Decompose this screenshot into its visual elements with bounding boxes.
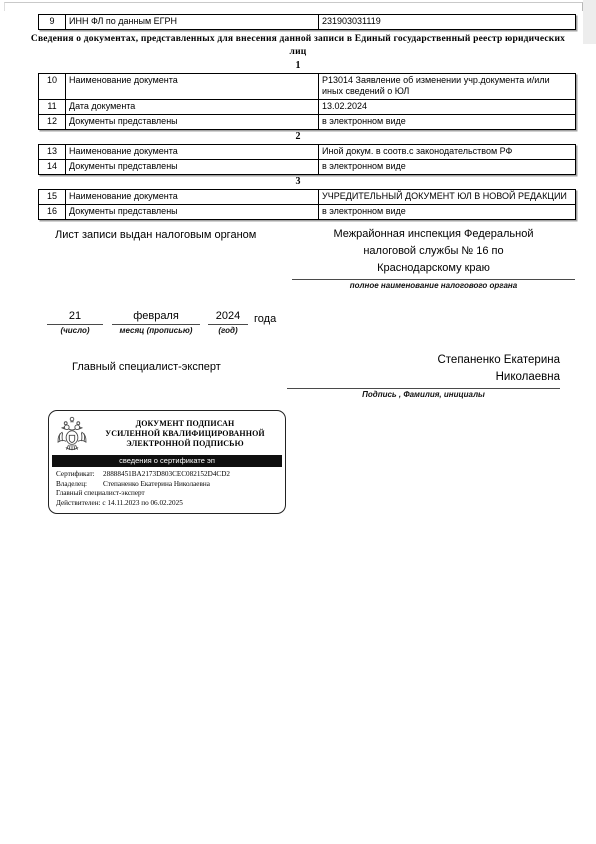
tax-authority-line3: Краснодарскому краю: [292, 260, 575, 277]
section-header: Сведения о документах, представленных дл…: [14, 33, 582, 59]
table-row: 14 Документы представлены в электронном …: [39, 160, 576, 175]
row-value: в электронном виде: [319, 115, 576, 130]
signature-caption: Подпись , Фамилия, инициалы: [287, 390, 560, 400]
owner-label: Владелец:: [56, 480, 103, 490]
tax-authority-block: Межрайонная инспекция Федеральной налого…: [292, 226, 575, 291]
row-label: ИНН ФЛ по данным ЕГРН: [66, 15, 319, 30]
row-number: 16: [39, 205, 66, 220]
signer-name: Степаненко Екатерина Николаевна: [287, 352, 560, 386]
row-number: 11: [39, 100, 66, 115]
certificate-details: Сертификат:28888451BA2173D803CEC082152D4…: [49, 467, 285, 513]
table-row: 9 ИНН ФЛ по данным ЕГРН 231903031119: [39, 15, 576, 30]
row-value: в электронном виде: [319, 205, 576, 220]
issued-by-label: Лист записи выдан налоговым органом: [55, 226, 256, 291]
date-suffix: года: [254, 309, 276, 326]
block-index-2: 2: [0, 131, 596, 143]
block-index-1: 1: [0, 60, 596, 72]
certificate-label: Сертификат:: [56, 470, 103, 480]
table-row: 11 Дата документа 13.02.2024: [39, 100, 576, 115]
owner-value: Степаненко Екатерина Николаевна: [103, 480, 210, 488]
row-number: 14: [39, 160, 66, 175]
row-value: Р13014 Заявление об изменении учр.докуме…: [319, 74, 576, 100]
row-number: 10: [39, 74, 66, 100]
date-day-value: 21: [47, 309, 103, 325]
page-top-edge: [4, 2, 583, 11]
date-year-field: 2024 (год): [208, 309, 248, 336]
signer-name-line1: Степаненко Екатерина: [287, 352, 560, 369]
signature-section: Главный специалист-эксперт Степаненко Ек…: [72, 352, 560, 400]
certificate-validity-row: Действителен: с 14.11.2023 по 06.02.2025: [56, 499, 278, 509]
table-row: 15 Наименование документа УЧРЕДИТЕЛЬНЫЙ …: [39, 190, 576, 205]
certificate-value: 28888451BA2173D803CEC082152D4CD2: [103, 470, 230, 478]
stamp-title-line2: УСИЛЕННОЙ КВАЛИФИЦИРОВАННОЙ: [90, 429, 280, 439]
stamp-header: ДОКУМЕНТ ПОДПИСАН УСИЛЕННОЙ КВАЛИФИЦИРОВ…: [49, 411, 285, 454]
issue-date-section: 21 (число) февраля месяц (прописью) 2024…: [47, 309, 596, 336]
tax-authority-line2: налоговой службы № 16 по: [292, 243, 575, 260]
row-number: 15: [39, 190, 66, 205]
viewer-background-corner: [583, 0, 596, 44]
date-year-caption: (год): [208, 326, 248, 336]
section-header-line1: Сведения о документах, представленных дл…: [14, 33, 582, 46]
stamp-title-line1: ДОКУМЕНТ ПОДПИСАН: [90, 419, 280, 429]
signature-underline: [287, 388, 560, 389]
validity-label: Действителен:: [56, 499, 101, 507]
date-year-value: 2024: [208, 309, 248, 325]
block-index-3: 3: [0, 176, 596, 188]
row-value: Иной докум. в соотв.с законодательством …: [319, 145, 576, 160]
row-value: в электронном виде: [319, 160, 576, 175]
electronic-signature-stamp: ДОКУМЕНТ ПОДПИСАН УСИЛЕННОЙ КВАЛИФИЦИРОВ…: [48, 410, 286, 514]
table-row: 16 Документы представлены в электронном …: [39, 205, 576, 220]
row-value: 13.02.2024: [319, 100, 576, 115]
table-row: 12 Документы представлены в электронном …: [39, 115, 576, 130]
table-row: 10 Наименование документа Р13014 Заявлен…: [39, 74, 576, 100]
row-label: Наименование документа: [66, 145, 319, 160]
date-day-field: 21 (число): [47, 309, 103, 336]
tax-authority-name: Межрайонная инспекция Федеральной налого…: [292, 226, 575, 277]
date-month-field: февраля месяц (прописью): [112, 309, 200, 336]
owner-position-row: Главный специалист-эксперт: [56, 489, 278, 499]
double-headed-eagle-icon: [54, 415, 90, 453]
stamp-title-line3: ЭЛЕКТРОННОЙ ПОДПИСЬЮ: [90, 439, 280, 449]
date-day-caption: (число): [47, 326, 103, 336]
document-table-1: 10 Наименование документа Р13014 Заявлен…: [38, 73, 576, 130]
certificate-number-row: Сертификат:28888451BA2173D803CEC082152D4…: [56, 470, 278, 480]
stamp-title: ДОКУМЕНТ ПОДПИСАН УСИЛЕННОЙ КВАЛИФИЦИРОВ…: [90, 419, 280, 449]
date-month-value: февраля: [112, 309, 200, 325]
row-number: 9: [39, 15, 66, 30]
certificate-owner-row: Владелец:Степаненко Екатерина Николаевна: [56, 480, 278, 490]
tax-authority-line1: Межрайонная инспекция Федеральной: [292, 226, 575, 243]
document-table-2: 13 Наименование документа Иной докум. в …: [38, 144, 576, 175]
row-label: Документы представлены: [66, 205, 319, 220]
row-number: 12: [39, 115, 66, 130]
inn-table: 9 ИНН ФЛ по данным ЕГРН 231903031119: [38, 14, 576, 30]
signer-position: Главный специалист-эксперт: [72, 352, 221, 400]
row-value: УЧРЕДИТЕЛЬНЫЙ ДОКУМЕНТ ЮЛ В НОВОЙ РЕДАКЦ…: [319, 190, 576, 205]
row-label: Наименование документа: [66, 74, 319, 100]
validity-value: с 14.11.2023 по 06.02.2025: [102, 499, 182, 507]
row-label: Документы представлены: [66, 160, 319, 175]
certificate-info-bar: сведения о сертификате эп: [52, 455, 282, 467]
authority-caption: полное наименование налогового органа: [292, 281, 575, 291]
row-label: Документы представлены: [66, 115, 319, 130]
signer-name-line2: Николаевна: [287, 369, 560, 386]
date-month-caption: месяц (прописью): [112, 326, 200, 336]
row-label: Дата документа: [66, 100, 319, 115]
authority-underline: [292, 279, 575, 280]
issued-by-section: Лист записи выдан налоговым органом Межр…: [55, 226, 575, 291]
signer-name-block: Степаненко Екатерина Николаевна Подпись …: [287, 352, 560, 400]
document-table-3: 15 Наименование документа УЧРЕДИТЕЛЬНЫЙ …: [38, 189, 576, 220]
section-header-line2: лиц: [14, 46, 582, 59]
row-value: 231903031119: [319, 15, 576, 30]
row-label: Наименование документа: [66, 190, 319, 205]
row-number: 13: [39, 145, 66, 160]
table-row: 13 Наименование документа Иной докум. в …: [39, 145, 576, 160]
